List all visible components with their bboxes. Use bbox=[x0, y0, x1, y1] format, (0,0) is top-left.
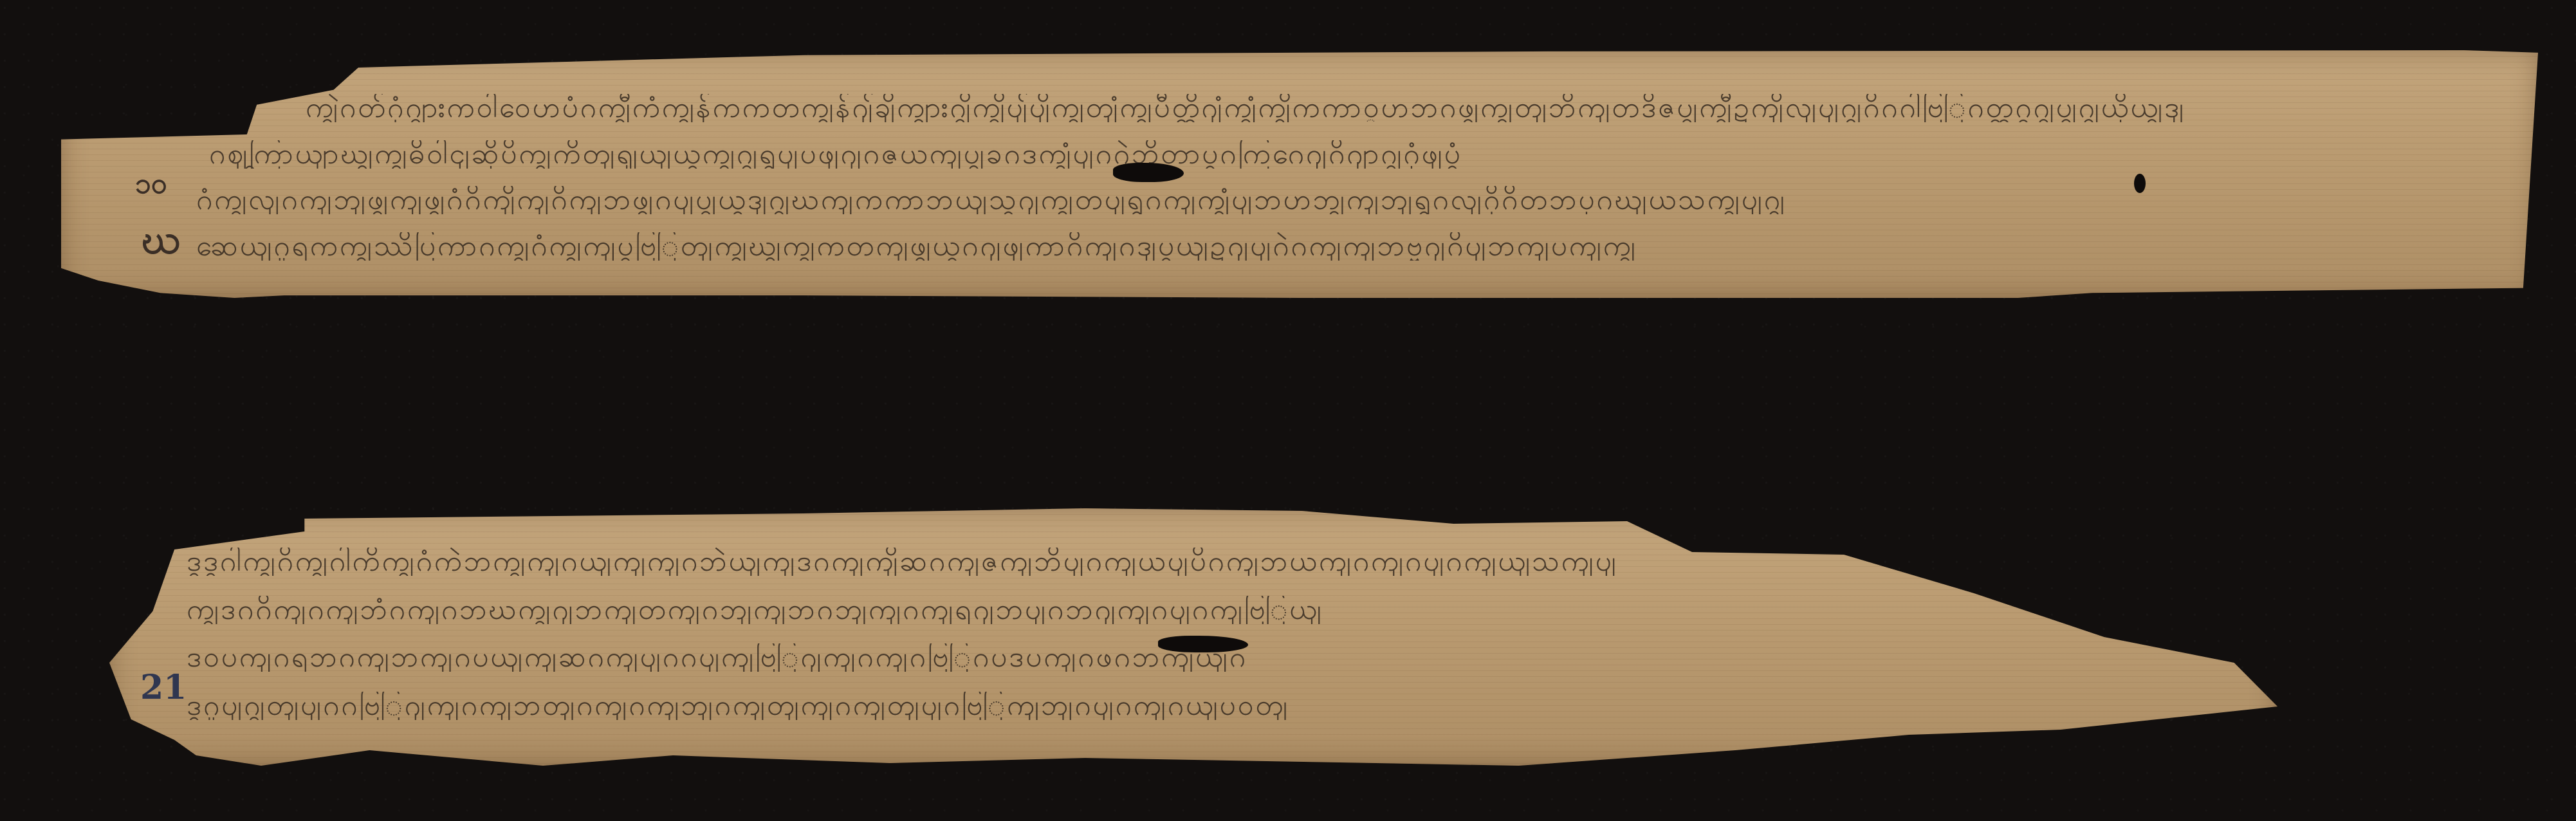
leaf-number: ၁၀ bbox=[135, 166, 167, 207]
text-line: ဒွ​ဂူ​ပျ​ဂျွ​တျ​ပျ​ဂ​ဂ​ဗြြ​ဂျ​ကျ​ဂ​ကျ​ဘ​… bbox=[187, 692, 1666, 720]
text-line: ဂံ​ကျွ​လျ​ဂ​ကျ​ဘျ​ဖျွ​ကျ​ဖျွ​ဂံ​ဂိ​ကျိ​က… bbox=[196, 186, 2036, 214]
palm-leaf-top: ကျွဲ​ဂတ်​ဂုံ​ဂျွား​ကဝါ​ဝေ​ဟ​ပံ​ဂ​ကျွီ​ကံ… bbox=[61, 50, 2538, 298]
text-line: ကျွဲ​ဂတ်​ဂုံ​ဂျွား​ကဝါ​ဝေ​ဟ​ပံ​ဂ​ကျွီ​ကံ… bbox=[306, 94, 2461, 122]
leaf-text-block: ကျွဲ​ဂတ်​ဂုံ​ဂျွား​ကဝါ​ဝေ​ဟ​ပံ​ဂ​ကျွီ​ကံ… bbox=[61, 50, 2538, 298]
leaf-number: 21 bbox=[140, 668, 187, 707]
text-line: ကျွ​ဒ​ဂ​ဂိ​ကျ​ဂ​ကျ​ဘံ​ဂ​ကျ​ဂ​ဘ​ဃ​ကျွ​ဂျ​… bbox=[187, 596, 2052, 624]
palm-leaf-bottom: ဒွ​ဒွ​ဂါ​ကျွ​ဂိ​ကျွ​ဂါ​ကိ​ကျွ​ဂံ​ကဲ​ဘ​ကျ… bbox=[109, 508, 2277, 766]
manuscript-photo: ကျွဲ​ဂတ်​ဂုံ​ဂျွား​ကဝါ​ဝေ​ဟ​ပံ​ဂ​ကျွီ​ကံ… bbox=[0, 0, 2576, 821]
string-hole bbox=[1158, 636, 1248, 652]
leaf-signature-letter: ဃ bbox=[142, 214, 181, 273]
text-line: ဒွ​ဒွ​ဂါ​ကျွ​ဂိ​ကျွ​ဂါ​ကိ​ကျွ​ဂံ​ကဲ​ဘ​ကျ… bbox=[187, 548, 2020, 576]
string-hole bbox=[1113, 163, 1184, 182]
text-line: ဆေ​ယျ​ဂူ​ရ​က​ကျွ​ဿိ​ပြ​ကာ​ဂ​ကျွ​ဂံ​ကျွ​က… bbox=[196, 232, 2255, 261]
binding-hole bbox=[2134, 174, 2146, 193]
